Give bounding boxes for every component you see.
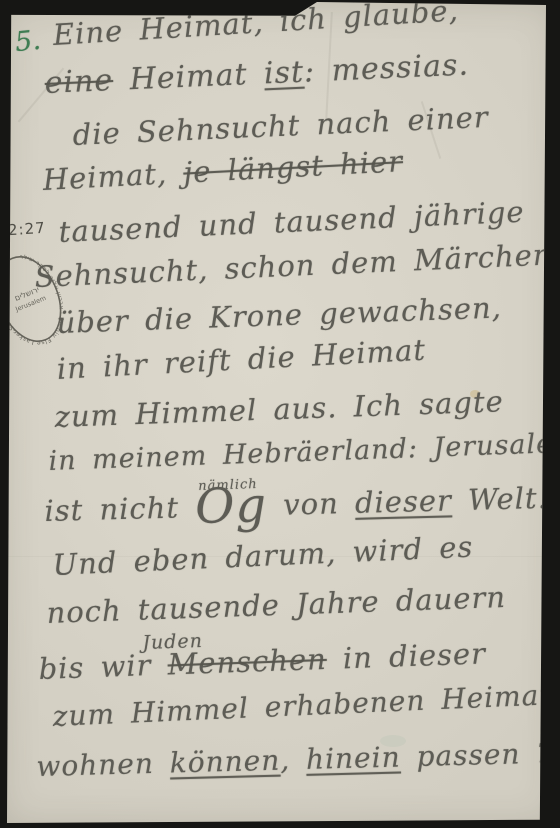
manuscript-line: bis wir Menschen in dieser xyxy=(38,636,487,686)
manuscript-line: wohnen können, hinein passen ? xyxy=(36,736,553,782)
handwritten-text: wohnen xyxy=(36,747,170,783)
manuscript-line: Eine Heimat, ich glaube, xyxy=(52,0,460,52)
manuscript-line: über die Krone gewachsen, xyxy=(56,290,502,340)
handwritten-text: ist nicht xyxy=(44,490,196,528)
handwritten-text: hinein xyxy=(306,740,401,775)
page-number: 5. xyxy=(13,25,42,59)
manuscript-line: zum Himmel erhabenen Heimat xyxy=(52,678,552,733)
handwritten-text: Menschen xyxy=(167,642,327,682)
handwritten-text: noch tausende Jahre dauern xyxy=(46,580,507,630)
handwritten-text: von xyxy=(267,486,356,522)
handwritten-text: die Sehnsucht nach einer xyxy=(72,100,489,152)
handwritten-text: , xyxy=(280,743,307,777)
manuscript-line: Heimat, je längst hier xyxy=(42,144,404,197)
manuscript-line: in meinem Hebräerland: Jerusalem xyxy=(48,427,560,477)
manuscript-line: eine Heimat ist: messias. xyxy=(44,47,470,100)
handwritten-text: ist xyxy=(263,55,305,92)
handwritten-text: bis wir xyxy=(38,647,168,685)
handwritten-text: in meinem Hebräerland: Jerusalem xyxy=(48,427,560,477)
manuscript-line: Und eben darum, wird es xyxy=(52,530,474,582)
handwritten-text: in dieser xyxy=(326,636,486,676)
manuscript-line: die Sehnsucht nach einer xyxy=(72,100,489,152)
manuscript-line: noch tausende Jahre dauern xyxy=(46,580,507,630)
manuscript-line: zum Himmel aus. Ich sagte xyxy=(54,384,504,434)
archive-stamp: · ארכיון אלזה לסקר-שילר · Archiv Else La… xyxy=(0,231,90,367)
handwritten-text: dieser xyxy=(355,483,453,520)
handwritten-text: in ihr reift die Heimat xyxy=(56,333,427,386)
manuscript-line: in ihr reift die Heimat xyxy=(56,333,427,386)
handwritten-text: Heimat xyxy=(112,56,264,98)
handwritten-text: Og xyxy=(194,478,267,535)
handwritten-text: zum Himmel erhabenen Heimat xyxy=(52,678,552,733)
handwritten-text: Welt.“ xyxy=(451,480,560,517)
handwritten-text: eine xyxy=(44,63,114,101)
handwritten-text: : messias. xyxy=(303,47,469,89)
handwritten-text: passen ? xyxy=(400,736,553,773)
manuscript-line: ist nicht Og von dieser Welt.“ xyxy=(44,480,560,528)
handwritten-text: je längst hier xyxy=(182,144,403,189)
handwritten-text: Und eben darum, wird es xyxy=(52,530,474,582)
handwritten-text: Heimat, xyxy=(42,156,184,197)
handwritten-text: können xyxy=(169,744,280,780)
handwritten-text: Eine Heimat, ich glaube, xyxy=(52,0,460,52)
paper-sheet: 5. 2:27 · ארכיון אלזה לסקר-שילר · Archiv… xyxy=(0,0,560,828)
handwritten-text: zum Himmel aus. Ich sagte xyxy=(54,384,504,434)
scanned-manuscript-page: 5. 2:27 · ארכיון אלזה לסקר-שילר · Archiv… xyxy=(0,0,560,828)
handwritten-text: über die Krone gewachsen, xyxy=(56,290,502,340)
